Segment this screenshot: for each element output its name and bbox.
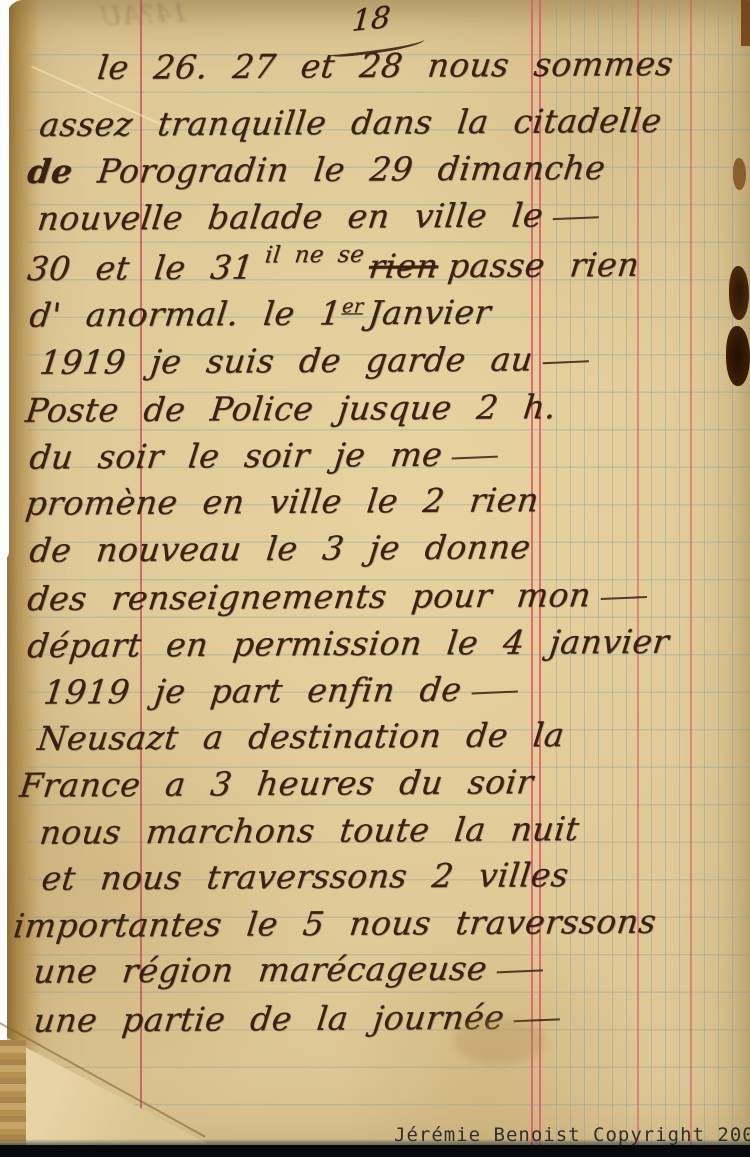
ordinal-suffix: er bbox=[341, 295, 365, 317]
manuscript-line: du soir le soir je me bbox=[28, 434, 501, 476]
manuscript-line: nous marchons toute la nuit bbox=[38, 809, 582, 852]
blue-column-rule bbox=[679, 0, 680, 1146]
manuscript-line: départ en permission le 4 janvier bbox=[25, 622, 671, 665]
manuscript-text: le 26. 27 et 28 nous sommes bbox=[96, 44, 676, 87]
manuscript-text: du soir le soir je me bbox=[28, 435, 445, 477]
inserted-text: il ne se bbox=[264, 242, 366, 269]
manuscript-text: Neusazt a destination de la bbox=[36, 715, 567, 758]
manuscript-line: d' anormal. le 1erJanvier bbox=[28, 292, 494, 334]
manuscript-line: 30 et le 31il ne serienpasse rien bbox=[25, 245, 641, 288]
blue-column-rule bbox=[651, 0, 652, 1146]
red-rule-right-2 bbox=[690, 0, 692, 1146]
manuscript-line: une région marécageuse bbox=[32, 948, 546, 991]
blue-column-rule bbox=[704, 0, 705, 1146]
corner-stain bbox=[741, 0, 750, 46]
manuscript-line: assez tranquille dans la citadelle bbox=[37, 101, 663, 144]
manuscript-text: une partie de la journée bbox=[32, 998, 507, 1040]
manuscript-line: le 26. 27 et 28 nous sommes bbox=[96, 44, 676, 87]
edge-stain-lower bbox=[726, 326, 750, 386]
struck-word: rien bbox=[367, 246, 441, 285]
manuscript-text: promène en ville le 2 rien bbox=[24, 480, 542, 523]
manuscript-text: passe rien bbox=[446, 245, 641, 285]
manuscript-text: Janvier bbox=[366, 292, 493, 332]
manuscript-line: promène en ville le 2 rien bbox=[24, 480, 542, 523]
manuscript-text: assez tranquille dans la citadelle bbox=[37, 101, 663, 144]
manuscript-text: Poste de Police jusque 2 h. bbox=[24, 387, 559, 430]
manuscript-line: et nous traverssons 2 villes bbox=[40, 855, 571, 898]
overwritten-word: de bbox=[26, 152, 76, 191]
edge-stain-upper bbox=[729, 266, 749, 320]
manuscript-text: 1919 je suis de garde au bbox=[38, 339, 536, 381]
manuscript-line: 1919 je part enfin de bbox=[42, 669, 520, 711]
manuscript-text: 1919 je part enfin de bbox=[42, 670, 464, 712]
manuscript-line: Neusazt a destination de la bbox=[36, 715, 567, 758]
blue-column-rule bbox=[718, 0, 719, 1146]
paper-stain bbox=[455, 1018, 545, 1064]
manuscript-text: Porogradin le 29 dimanche bbox=[71, 148, 608, 191]
blue-column-rule bbox=[665, 0, 666, 1146]
manuscript-text: d' anormal. le 1 bbox=[28, 293, 344, 334]
page-stack-edge bbox=[0, 1040, 26, 1146]
manuscript-text: nouvelle balade en ville le bbox=[36, 195, 546, 238]
manuscript-text: France a 3 heures du soir bbox=[18, 762, 536, 805]
blue-column-rule bbox=[612, 0, 613, 1146]
manuscript-text: importantes le 5 nous traverssons bbox=[11, 902, 658, 945]
blue-column-rule bbox=[626, 0, 627, 1146]
manuscript-line: des renseignements pour mon bbox=[25, 575, 649, 618]
edge-stain-small bbox=[733, 158, 746, 190]
manuscript-line: France a 3 heures du soir bbox=[18, 762, 536, 805]
diary-page-scan: 14?AU 18 le 26. 27 et 28 nous sommes ass… bbox=[0, 0, 750, 1157]
manuscript-line: de nouveau le 3 je donne bbox=[28, 527, 533, 569]
manuscript-text: départ en permission le 4 janvier bbox=[25, 622, 671, 665]
scan-bottom-bar bbox=[0, 1145, 750, 1157]
manuscript-text: de nouveau le 3 je donne bbox=[28, 527, 533, 569]
manuscript-line: 1919 je suis de garde au bbox=[38, 339, 592, 382]
manuscript-text: 30 et le 31 bbox=[25, 248, 256, 289]
scan-background-edge bbox=[0, 0, 9, 560]
manuscript-line: nouvelle balade en ville le bbox=[36, 195, 602, 238]
manuscript-text: des renseignements pour mon bbox=[25, 575, 593, 618]
manuscript-line: importantes le 5 nous traverssons bbox=[11, 902, 658, 945]
manuscript-line: Poste de Police jusque 2 h. bbox=[24, 387, 559, 430]
manuscript-line: de Porogradin le 29 dimanche bbox=[26, 148, 608, 191]
page-number: 18 bbox=[351, 0, 392, 39]
manuscript-text: nous marchons toute la nuit bbox=[38, 809, 582, 852]
red-rule-right-1 bbox=[637, 0, 639, 1146]
manuscript-text: et nous traverssons 2 villes bbox=[40, 855, 571, 898]
manuscript-text: une région marécageuse bbox=[32, 949, 490, 991]
